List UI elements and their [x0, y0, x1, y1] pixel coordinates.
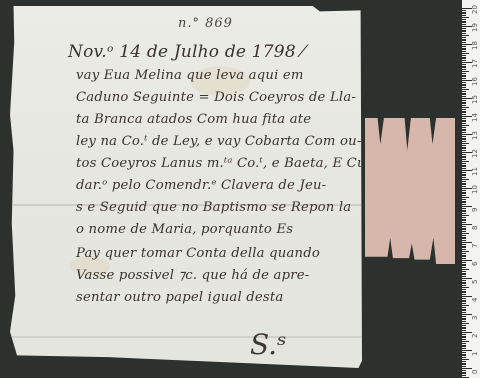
ruler-label: 12 [471, 149, 479, 158]
handwritten-text: n.° 869 Nov.ᵒ 14 de Julho de 1798 ⁄ vay … [10, 6, 362, 368]
measurement-ruler: 20191817161514131211109876543210 [462, 0, 480, 378]
ruler-label: 13 [471, 131, 479, 140]
ruler-label: 14 [471, 113, 479, 122]
ruler-label: 16 [471, 77, 479, 86]
ruler-label: 18 [471, 41, 479, 50]
signature: S.ˢ [250, 328, 287, 361]
text-line: s e Seguid que no Baptismo se Repon la [76, 200, 351, 215]
ruler-label: 10 [471, 185, 479, 194]
text-line: Nov.ᵒ 14 de Julho de 1798 ⁄ [68, 42, 304, 62]
manuscript-page: n.° 869 Nov.ᵒ 14 de Julho de 1798 ⁄ vay … [10, 6, 362, 368]
text-line: tos Coeyros Lanus m.ᵗᵃ Co.ᵗ, e Baeta, E … [76, 156, 366, 171]
document-number: n.° 869 [178, 16, 233, 31]
text-line: Caduno Seguinte = Dois Coeyros de Lla- [76, 90, 356, 105]
text-line: ta Branca atados Com hua fita ate [76, 112, 311, 127]
text-line: vay Eua Melina que leva aqui em [76, 68, 304, 83]
ruler-label: 0 [471, 370, 479, 374]
text-line: Pay quer tomar Conta della quando [76, 246, 320, 261]
ruler-label: 4 [471, 298, 479, 302]
ruler-label: 6 [471, 262, 479, 266]
ruler-label: 11 [471, 167, 479, 176]
text-line: ley na Co.ᵗ de Ley, e vay Cobarta Com ou… [76, 134, 361, 149]
ruler-label: 3 [471, 316, 479, 320]
ruler-label: 2 [471, 334, 479, 338]
text-line: Vasse possivel ⁊c. que há de apre- [76, 268, 309, 283]
ruler-label: 19 [471, 23, 479, 32]
ruler-label: 20 [471, 5, 479, 14]
color-reference-strip [365, 118, 455, 264]
ruler-label: 7 [471, 244, 479, 248]
ruler-label: 5 [471, 280, 479, 284]
ruler-label: 9 [471, 208, 479, 212]
ruler-label: 8 [471, 226, 479, 230]
ruler-label: 15 [471, 95, 479, 104]
text-line: o nome de Maria, porquanto Es [76, 222, 293, 237]
ruler-label: 17 [471, 59, 479, 68]
text-line: sentar outro papel igual desta [76, 290, 283, 305]
text-line: dar.ᵒ pelo Comendr.ᵉ Clavera de Jeu- [76, 178, 326, 193]
ruler-label: 1 [471, 352, 479, 356]
photo-stage: n.° 869 Nov.ᵒ 14 de Julho de 1798 ⁄ vay … [0, 0, 480, 378]
